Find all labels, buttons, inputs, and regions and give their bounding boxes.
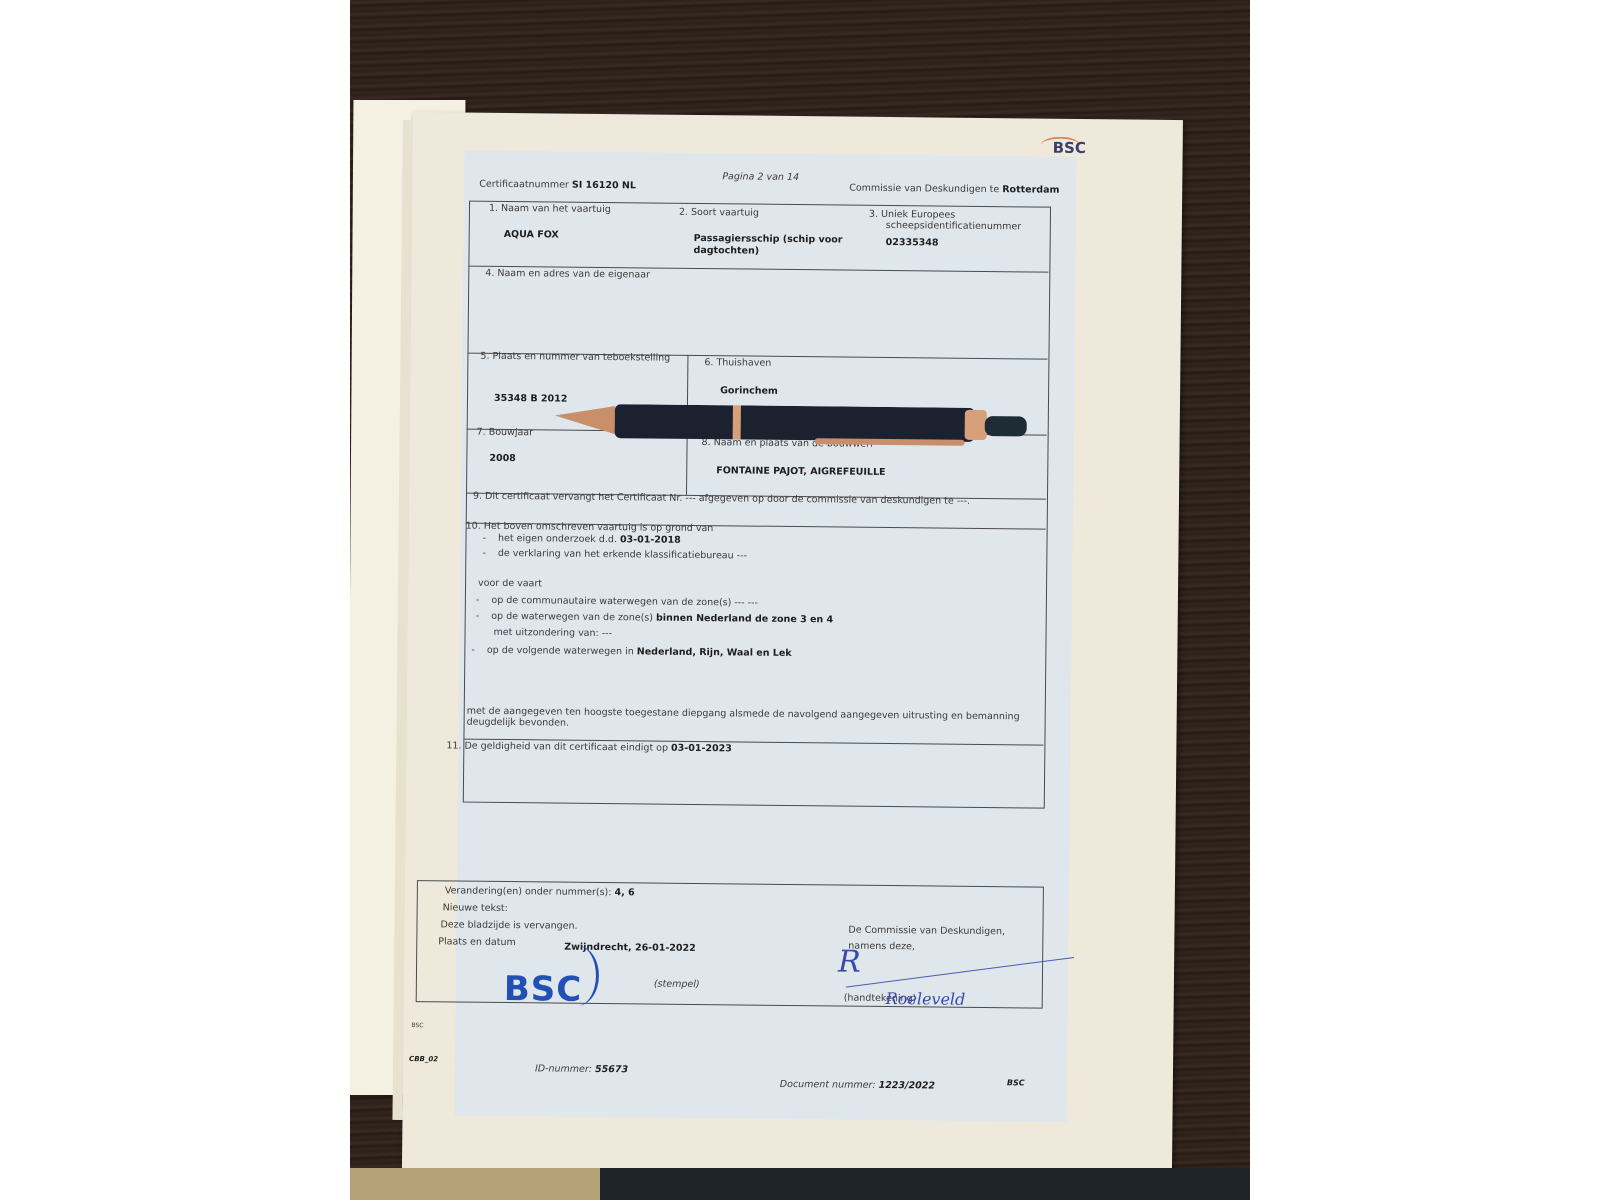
certificate-number-label: Certificaatnummer [479, 179, 569, 191]
field-3-label-line2: scheepsidentificatienummer [886, 220, 1021, 232]
changes-label: Verandering(en) onder nummer(s): [445, 885, 612, 898]
id-label: ID-nummer: [535, 1063, 592, 1075]
stamp-label: (stempel) [654, 979, 700, 990]
id-number: ID-nummer: 55673 [535, 1063, 628, 1075]
vaart-3-text: op de volgende waterwegen in [487, 645, 634, 658]
field-10-voor: voor de vaart [478, 578, 542, 590]
vaart-3-waterways: Nederland, Rijn, Waal en Lek [637, 646, 792, 659]
vaart-2-text: op de waterwegen van de zone(s) [491, 611, 653, 624]
field-6-label: 6. Thuishaven [704, 357, 771, 369]
field-5-label: 5. Plaats en nummer van teboekstelling [480, 351, 670, 364]
field-10-item-1: - het eigen onderzoek d.d. 03-01-2018 [482, 533, 680, 546]
changes-value: 4, 6 [614, 887, 634, 898]
home-port: Gorinchem [720, 385, 778, 397]
field-4-label: 4. Naam en adres van de eigenaar [485, 268, 650, 281]
field-1-label: 1. Naam van het vaartuig [489, 203, 611, 215]
place-date-label: Plaats en datum [438, 936, 516, 948]
item-1-text: het eigen onderzoek d.d. [498, 533, 617, 545]
validity-date: 03-01-2023 [671, 743, 732, 755]
signature: Roeleveld [886, 989, 966, 1009]
changes-numbers: Verandering(en) onder nummer(s): 4, 6 [445, 885, 635, 898]
commission-city: Rotterdam [1002, 184, 1059, 196]
bsc-stamp: BSC [504, 969, 583, 1010]
certificate-number-value: SI 16120 NL [572, 180, 636, 192]
field-10-exception: met uitzondering van: --- [493, 627, 612, 639]
doc-value: 1223/2022 [879, 1080, 935, 1092]
field-10-closing-2: deugdelijk bevonden. [467, 717, 570, 729]
vessel-type-line2: dagtochten) [694, 245, 760, 257]
certificate-folder: BSC Certificaatnummer SI 16120 NL Pagina… [402, 112, 1183, 1178]
page-replaced: Deze bladzijde is vervangen. [440, 919, 577, 931]
bsc-logo: BSC [1053, 139, 1086, 157]
certificate-page: Certificaatnummer SI 16120 NL Pagina 2 v… [454, 151, 1076, 1122]
inspection-date: 03-01-2018 [620, 534, 681, 546]
certificate-number: Certificaatnummer SI 16120 NL [479, 179, 636, 192]
photo-background: BSC Certificaatnummer SI 16120 NL Pagina… [350, 0, 1250, 1200]
field-2-label: 2. Soort vaartuig [679, 207, 759, 219]
footer-bsc: BSC [1007, 1078, 1025, 1087]
doc-label: Document nummer: [780, 1079, 876, 1091]
commission-header: Commissie van Deskundigen te Rotterdam [849, 183, 1059, 196]
vessel-name: AQUA FOX [504, 229, 559, 241]
pen-icon [555, 404, 1035, 449]
field-7-label: 7. Bouwjaar [477, 427, 534, 439]
build-year: 2008 [489, 453, 516, 464]
form-code: CBB_02 [409, 1055, 438, 1063]
commission-signoff-1: De Commissie van Deskundigen, [848, 925, 1005, 938]
vaart-2-zones: binnen Nederland de zone 3 en 4 [656, 613, 833, 626]
floor-strip-tan [350, 1168, 600, 1200]
new-text-label: Nieuwe tekst: [443, 902, 508, 914]
id-value: 55673 [595, 1064, 628, 1075]
page-indicator: Pagina 2 van 14 [722, 171, 799, 183]
european-vessel-id: 02335348 [886, 237, 939, 249]
commission-label: Commissie van Deskundigen te [849, 183, 999, 196]
shipyard: FONTAINE PAJOT, AIGREFEUILLE [716, 465, 885, 478]
validity-label: 11. De geldigheid van dit certificaat ei… [446, 740, 668, 753]
floor-strip [350, 1168, 1250, 1200]
vessel-type-line1: Passagiersschip (schip voor [694, 233, 843, 246]
footer-small-bsc: BSC [411, 1022, 423, 1029]
document-number: Document nummer: 1223/2022 [780, 1079, 935, 1092]
field-3-label-line1: 3. Uniek Europees [869, 209, 955, 221]
signature-initial-icon: R [838, 944, 861, 979]
